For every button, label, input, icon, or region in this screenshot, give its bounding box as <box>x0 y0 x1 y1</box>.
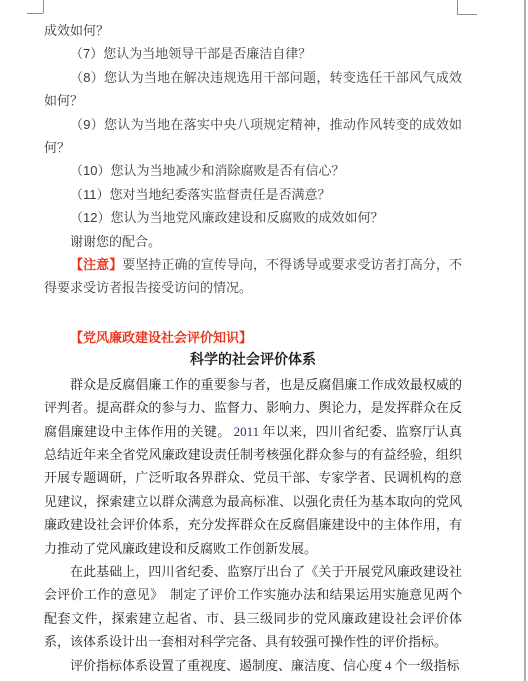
year-number: 2011 <box>234 424 260 439</box>
notice-label: 【注意】 <box>70 257 122 272</box>
survey-question-7: （7）您认为当地领导干部是否廉洁自律？ <box>44 42 462 65</box>
thanks-line: 谢谢您的配合。 <box>44 230 462 253</box>
article-paragraph-2: 在此基础上，四川省纪委、监察厅出台了《关于开展党风廉政建设社会评价工作的意见》 … <box>44 560 462 654</box>
notice-paragraph: 【注意】要坚持正确的宣传导向，不得诱导或要求受访者打高分，不得要求受访者报告接受… <box>44 253 462 300</box>
paragraph-carryover: 成效如何？ <box>44 19 462 42</box>
article-paragraph-1: 群众是反腐倡廉工作的重要参与者，也是反腐倡廉工作成效最权威的评判者。提高群众的参… <box>44 373 462 560</box>
paragraph-3-text-pre: 评价指标体系设置了重视度、遏制度、廉洁度、信心度 <box>70 658 382 673</box>
indicator-count-number: 4 <box>385 658 392 673</box>
document-page: 成效如何？ （7）您认为当地领导干部是否廉洁自律？ （8）您认为当地在解决违规选… <box>0 0 528 681</box>
margin-crop-mark-top-right-vertical <box>457 0 458 14</box>
document-content: 成效如何？ （7）您认为当地领导干部是否廉洁自律？ （8）您认为当地在解决违规选… <box>44 19 462 677</box>
knowledge-section-header: 【党风廉政建设社会评价知识】 <box>44 326 462 349</box>
survey-question-9: （9）您认为当地在落实中央八项规定精神，推动作风转变的成效如何？ <box>44 113 462 160</box>
survey-question-section: 成效如何？ （7）您认为当地领导干部是否廉洁自律？ （8）您认为当地在解决违规选… <box>44 19 462 300</box>
article-paragraph-3: 评价指标体系设置了重视度、遏制度、廉洁度、信心度4个一级指标 <box>44 654 462 677</box>
paragraph-1-text-post: 年以来，四川省纪委、监察厅认真总结近年来全省党风廉政建设责任制考核强化群众参与的… <box>44 424 462 556</box>
survey-question-12: （12）您认为当地党风廉政建设和反腐败的成效如何？ <box>44 206 462 229</box>
margin-crop-mark-top-right-horizontal <box>457 14 477 15</box>
page-edge-line <box>524 0 526 681</box>
survey-question-8: （8）您认为当地在解决违规选用干部问题，转变选任干部风气成效如何？ <box>44 66 462 113</box>
article-title: 科学的社会评价体系 <box>44 349 462 372</box>
margin-crop-mark-top-left-horizontal <box>27 13 43 14</box>
article-body: 群众是反腐倡廉工作的重要参与者，也是反腐倡廉工作成效最权威的评判者。提高群众的参… <box>44 373 462 677</box>
margin-crop-mark-top-left-vertical <box>43 0 44 13</box>
paragraph-3-text-post: 个一级指标 <box>395 658 460 673</box>
survey-question-10: （10）您认为当地减少和消除腐败是否有信心？ <box>44 159 462 182</box>
survey-question-11: （11）您对当地纪委落实监督责任是否满意？ <box>44 183 462 206</box>
